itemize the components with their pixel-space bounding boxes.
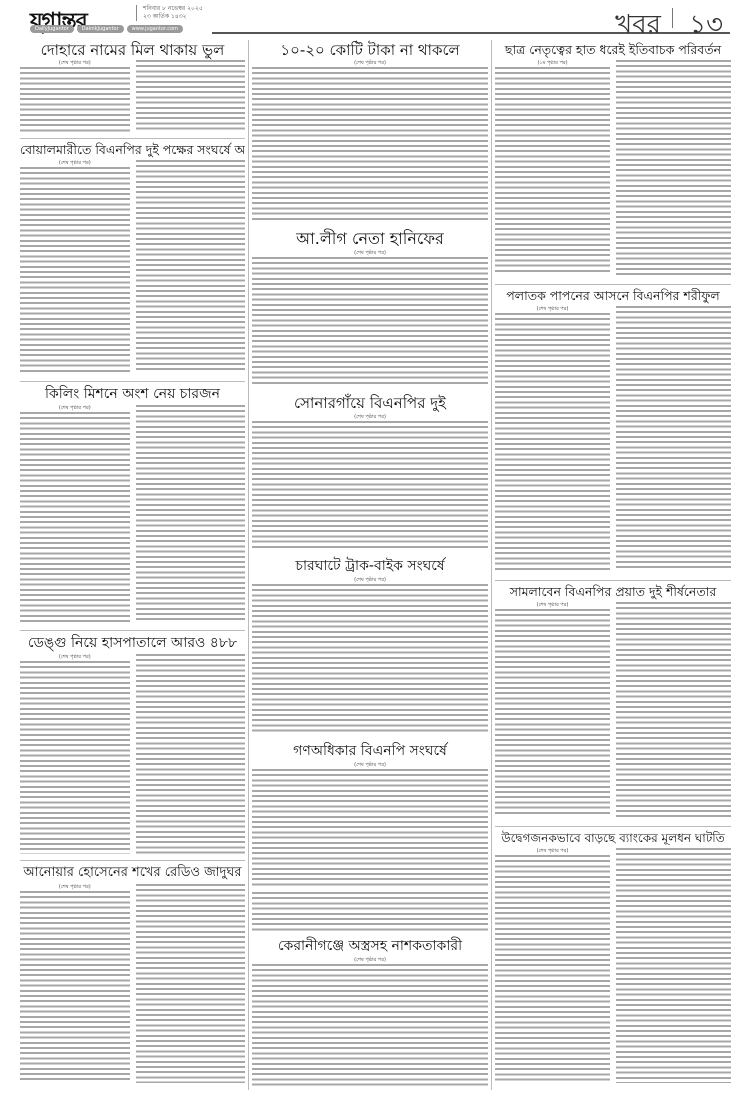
story-divider — [495, 580, 731, 581]
headline: সামলাবেন বিএনপির প্রয়াত দুই শীর্ষনেতার — [495, 582, 731, 602]
article-body — [136, 884, 246, 1083]
column-divider — [248, 40, 249, 1090]
headline: আ.লীগ নেতা হানিফের — [252, 228, 488, 250]
page-separator — [672, 8, 673, 28]
story-polatok: পলাতক পাপনের আসনে বিএনপির শরীফুল (শেষ পৃ… — [495, 286, 731, 578]
article-body — [20, 167, 130, 372]
article-body — [136, 654, 246, 854]
headline: কেরানীগঞ্জে অস্ত্রসহ নাশকতাকারী — [252, 935, 488, 957]
headline: ১০-২০ কোটি টাকা না থাকলে — [252, 40, 488, 60]
story-udbeg: উদ্বেগজনকভাবে বাড়ছে ব্যাংকের মূলধন ঘাটত… — [495, 828, 731, 1090]
article-body — [252, 257, 488, 387]
headline: ছাত্র নেতৃত্বের হাত ধরেই ইতিবাচক পরিবর্ত… — [495, 40, 731, 60]
story-gonoodhikar: গণঅধিকার বিএনপি সংঘর্ষে (শেষ পৃষ্ঠার পর) — [252, 740, 488, 890]
article-body — [136, 405, 246, 622]
headline: সোনারগাঁয়ে বিএনপির দুই — [252, 392, 488, 414]
article-body — [616, 848, 731, 1083]
story-divider — [20, 138, 245, 139]
article-body — [616, 60, 731, 275]
headline: দোহারে নামের মিল থাকায় ভুল — [20, 40, 245, 60]
continuation-marker: (শেষ পৃষ্ঠার পর) — [20, 405, 130, 412]
article-body — [136, 60, 246, 133]
article-body — [20, 67, 130, 133]
article-body — [252, 584, 488, 734]
headline: উদ্বেগজনকভাবে বাড়ছে ব্যাংকের মূলধন ঘাটত… — [495, 828, 731, 848]
continuation-marker: (শেষ পৃষ্ঠার পর) — [252, 250, 488, 257]
article-body — [20, 661, 130, 854]
headline: গণঅধিকার বিএনপি সংঘর্ষে — [252, 740, 488, 762]
continuation-marker: (শেষ পৃষ্ঠার পর) — [20, 654, 130, 661]
date-block: শনিবার ৮ নভেম্বর ২০২৫ ২৩ কার্তিক ১৪৩২ — [136, 5, 203, 21]
story-charghat: চারঘাটে ট্রাক-বাইক সংঘর্ষে (শেষ পৃষ্ঠার … — [252, 555, 488, 737]
masthead: যুগান্তর শনিবার ৮ নভেম্বর ২০২৫ ২৩ কার্তি… — [0, 0, 751, 34]
facebook-handle-link[interactable]: DainikJugantor — [77, 25, 124, 33]
story-shamlaben: সামলাবেন বিএনপির প্রয়াত দুই শীর্ষনেতার … — [495, 582, 731, 824]
story-dengue: ডেঙ্গু নিয়ে হাসপাতালে আরও ৪৮৮ (শেষ পৃষ্… — [20, 632, 245, 860]
story-sonargaon: সোনারগাঁয়ে বিএনপির দুই (শেষ পৃষ্ঠার পর) — [252, 392, 488, 552]
story-boalmari: বোয়ালমারীতে বিএনপির দুই পক্ষের সংঘর্ষে … — [20, 140, 245, 380]
column-divider — [491, 40, 492, 1090]
story-keraniganj: কেরানীগঞ্জে অস্ত্রসহ নাশকতাকারী (শেষ পৃষ… — [252, 935, 488, 1090]
continuation-marker: (শেষ পৃষ্ঠার পর) — [252, 60, 488, 67]
story-divider — [20, 630, 245, 631]
story-alig: আ.লীগ নেতা হানিফের (শেষ পৃষ্ঠার পর) — [252, 228, 488, 390]
story-chhatra: ছাত্র নেতৃত্বের হাত ধরেই ইতিবাচক পরিবর্ত… — [495, 40, 731, 282]
article-body — [616, 306, 731, 571]
headline: পলাতক পাপনের আসনে বিএনপির শরীফুল — [495, 286, 731, 306]
continuation-marker: (শেষ পৃষ্ঠার পর) — [20, 60, 130, 67]
continuation-marker: (শেষ পৃষ্ঠার পর) — [252, 414, 488, 421]
headline: ডেঙ্গু নিয়ে হাসপাতালে আরও ৪৮৮ — [20, 632, 245, 654]
headline: চারঘাটে ট্রাক-বাইক সংঘর্ষে — [252, 555, 488, 577]
headline: বোয়ালমারীতে বিএনপির দুই পক্ষের সংঘর্ষে … — [20, 140, 245, 160]
article-body — [20, 412, 130, 622]
social-links: DailyJugantor DainikJugantor www.juganto… — [30, 25, 183, 33]
article-body — [252, 421, 488, 549]
article-body — [252, 769, 488, 887]
article-body — [252, 67, 488, 223]
continuation-marker: (শেষ পৃষ্ঠার পর) — [495, 848, 610, 855]
headline: আনোয়ার হোসেনের শখের রেডিও জাদুঘর — [20, 862, 245, 884]
headline: কিলিং মিশনে অংশ নেয় চারজন — [20, 383, 245, 405]
story-killing: কিলিং মিশনে অংশ নেয় চারজন (শেষ পৃষ্ঠার … — [20, 383, 245, 628]
story-divider — [495, 826, 731, 827]
newspaper-logo: যুগান্তর — [30, 4, 87, 41]
continuation-marker: (শেষ পৃষ্ঠার পর) — [20, 160, 130, 167]
article-body — [495, 67, 610, 275]
story-divider — [20, 381, 245, 382]
continuation-marker: (১ম পৃষ্ঠার পর) — [495, 60, 610, 67]
x-handle-link[interactable]: DailyJugantor — [30, 25, 74, 33]
article-body — [20, 891, 130, 1083]
story-koti: ১০-২০ কোটি টাকা না থাকলে (শেষ পৃষ্ঠার পর… — [252, 40, 488, 226]
website-link[interactable]: www.jugantor.com — [127, 25, 183, 33]
story-dohare: দোহারে নামের মিল থাকায় ভুল (শেষ পৃষ্ঠার… — [20, 40, 245, 136]
date-bengali: ২৩ কার্তিক ১৪৩২ — [143, 13, 203, 21]
story-divider — [20, 860, 245, 861]
article-body — [252, 964, 488, 1089]
article-body — [495, 313, 610, 571]
article-body — [616, 602, 731, 817]
continuation-marker: (শেষ পৃষ্ঠার পর) — [252, 577, 488, 584]
article-body — [495, 609, 610, 817]
story-anwar: আনোয়ার হোসেনের শখের রেডিও জাদুঘর (শেষ প… — [20, 862, 245, 1090]
continuation-marker: (শেষ পৃষ্ঠার পর) — [495, 602, 610, 609]
continuation-marker: (শেষ পৃষ্ঠার পর) — [20, 884, 130, 891]
date-gregorian: শনিবার ৮ নভেম্বর ২০২৫ — [143, 5, 203, 13]
continuation-marker: (শেষ পৃষ্ঠার পর) — [252, 957, 488, 964]
continuation-marker: (শেষ পৃষ্ঠার পর) — [252, 762, 488, 769]
article-body-overflow — [252, 892, 488, 932]
continuation-marker: (শেষ পৃষ্ঠার পর) — [495, 306, 610, 313]
story-divider — [495, 284, 731, 285]
article-body — [495, 855, 610, 1083]
article-body — [136, 160, 246, 372]
